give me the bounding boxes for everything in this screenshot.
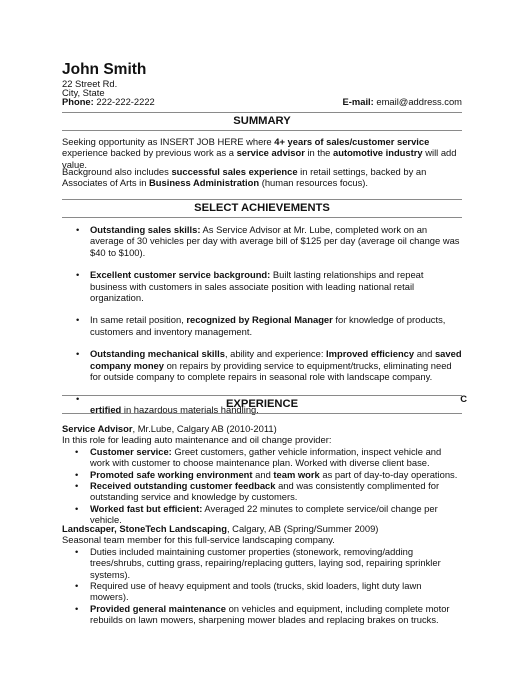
- phone-line: Phone: 222-222-2222: [62, 96, 155, 107]
- phone-value: 222-222-2222: [96, 96, 154, 107]
- achievements-heading: SELECT ACHIEVEMENTS: [62, 199, 462, 218]
- job-entry: Landscaper, StoneTech Landscaping, Calga…: [62, 523, 462, 626]
- email-line: E-mail: email@address.com: [343, 96, 462, 107]
- email-value[interactable]: email@address.com: [376, 96, 462, 107]
- job-duty-item: •Received outstanding customer feedback …: [62, 480, 462, 503]
- job-title: Service Advisor, Mr.Lube, Calgary AB (20…: [62, 423, 462, 434]
- job-duty-item: •Duties included maintaining customer pr…: [62, 546, 462, 580]
- achievement-item: •In same retail position, recognized by …: [62, 314, 462, 337]
- phone-label: Phone:: [62, 96, 94, 107]
- candidate-name: John Smith: [62, 62, 146, 78]
- job-duties-list: •Duties included maintaining customer pr…: [62, 546, 462, 626]
- job-intro: Seasonal team member for this full-servi…: [62, 534, 462, 545]
- achievements-list: •Outstanding sales skills: As Service Ad…: [62, 224, 462, 416]
- summary-heading: SUMMARY: [62, 112, 462, 131]
- achievement-item: •Excellent customer service background: …: [62, 269, 462, 303]
- job-duty-item: •Promoted safe working environment and t…: [62, 469, 462, 480]
- job-duties-list: •Customer service: Greet customers, gath…: [62, 446, 462, 526]
- summary-paragraph-2: Background also includes successful sale…: [62, 166, 462, 189]
- achievement-item: •Outstanding sales skills: As Service Ad…: [62, 224, 462, 258]
- achievement-item: •Outstanding mechanical skills, ability …: [62, 348, 462, 382]
- job-entry: Service Advisor, Mr.Lube, Calgary AB (20…: [62, 423, 462, 526]
- experience-heading: EXPERIENCE: [62, 395, 462, 414]
- job-duty-item: •Customer service: Greet customers, gath…: [62, 446, 462, 469]
- job-title: Landscaper, StoneTech Landscaping, Calga…: [62, 523, 462, 534]
- email-label: E-mail:: [343, 96, 374, 107]
- job-intro: In this role for leading auto maintenanc…: [62, 434, 462, 445]
- job-duty-item: •Required use of heavy equipment and too…: [62, 580, 462, 603]
- job-duty-item: •Provided general maintenance on vehicle…: [62, 603, 462, 626]
